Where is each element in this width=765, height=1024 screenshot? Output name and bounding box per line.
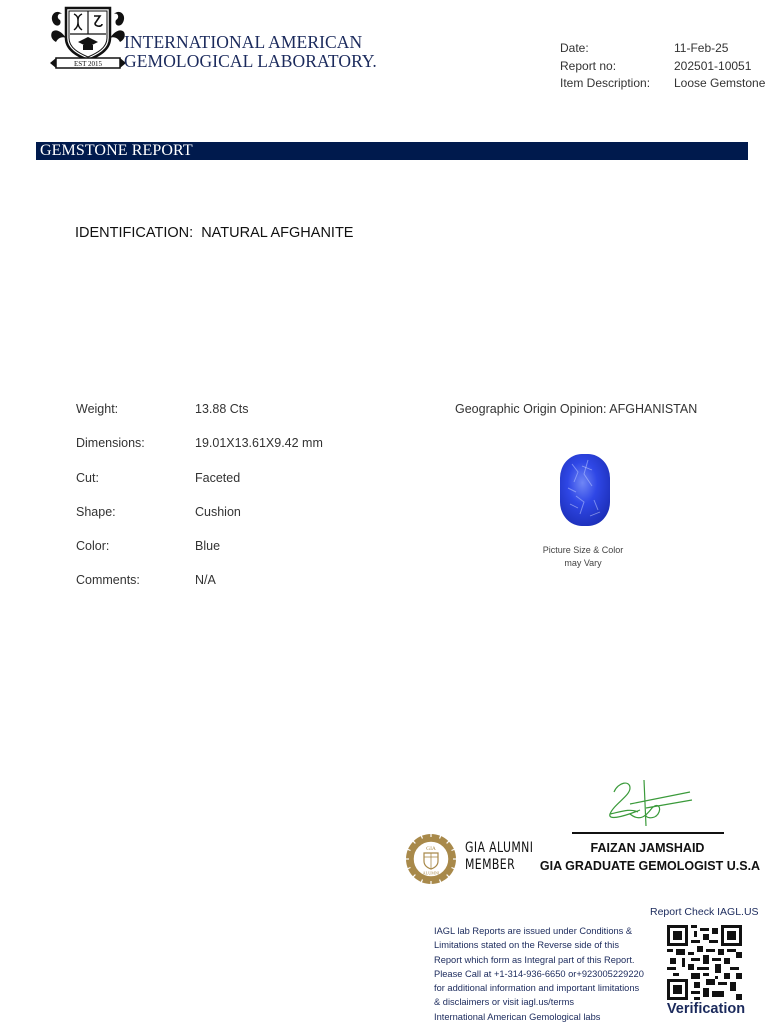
signer-title: GIA GRADUATE GEMOLOGIST U.S.A: [535, 859, 765, 873]
lab-name-line2: GEMOLOGICAL LABORATORY.: [124, 52, 377, 71]
gem-caption: Picture Size & Color may Vary: [528, 544, 638, 569]
property-row-weight: Weight: 13.88 Cts: [76, 402, 323, 436]
property-label: Dimensions:: [76, 436, 195, 470]
signature-icon: [600, 778, 695, 830]
gia-alumni-member: GIA ALUMNI MEMBER: [465, 840, 533, 874]
verification-label: Verification: [660, 1001, 752, 1017]
property-label: Cut:: [76, 471, 195, 505]
svg-text:EST 2015: EST 2015: [74, 60, 103, 68]
report-check-link[interactable]: Report Check IAGL.US: [650, 906, 759, 918]
property-row-shape: Shape: Cushion: [76, 505, 323, 539]
disclaimer-line: Report which form as Integral part of th…: [434, 953, 644, 967]
report-number-value: 202501-10051: [674, 58, 751, 76]
gemstone-photo: [558, 452, 612, 528]
identification: IDENTIFICATION: NATURAL AFGHANITE: [75, 225, 353, 241]
property-row-comments: Comments: N/A: [76, 573, 323, 607]
meta-item-row: Item Description: Loose Gemstone: [560, 75, 765, 93]
gem-caption-line1: Picture Size & Color: [528, 544, 638, 557]
property-value: Blue: [195, 539, 220, 573]
report-meta: Date: 11-Feb-25 Report no: 202501-10051 …: [560, 40, 765, 93]
lab-name: INTERNATIONAL AMERICAN GEMOLOGICAL LABOR…: [124, 33, 377, 71]
lab-name-line1: INTERNATIONAL AMERICAN: [124, 33, 377, 52]
meta-report-row: Report no: 202501-10051: [560, 58, 765, 76]
report-title: GEMSTONE REPORT: [40, 142, 193, 160]
property-value: Faceted: [195, 471, 240, 505]
geographic-origin: Geographic Origin Opinion: AFGHANISTAN: [455, 402, 697, 416]
date-label: Date:: [560, 40, 674, 58]
gem-caption-line2: may Vary: [528, 557, 638, 570]
meta-date-row: Date: 11-Feb-25: [560, 40, 765, 58]
disclaimer-line: International American Gemological labs: [434, 1010, 644, 1024]
property-label: Weight:: [76, 402, 195, 436]
disclaimer-line: Please Call at +1-314-936-6650 or+923005…: [434, 967, 644, 981]
property-row-cut: Cut: Faceted: [76, 471, 323, 505]
property-label: Shape:: [76, 505, 195, 539]
disclaimer-line: IAGL lab Reports are issued under Condit…: [434, 924, 644, 938]
item-description-value: Loose Gemstone: [674, 75, 765, 93]
property-value: 13.88 Cts: [195, 402, 249, 436]
report-banner: GEMSTONE REPORT: [36, 142, 748, 160]
item-description-label: Item Description:: [560, 75, 674, 93]
gia-alumni-line2: MEMBER: [465, 857, 533, 874]
properties-table: Weight: 13.88 Cts Dimensions: 19.01X13.6…: [76, 402, 323, 608]
signer-name: FAIZAN JAMSHAID: [535, 841, 760, 855]
svg-text:ALUMNI: ALUMNI: [423, 871, 440, 876]
qr-code-icon[interactable]: [667, 925, 742, 1000]
gia-alumni-seal-icon: GIA ALUMNI: [404, 832, 458, 886]
property-value: Cushion: [195, 505, 241, 539]
property-row-dimensions: Dimensions: 19.01X13.61X9.42 mm: [76, 436, 323, 470]
property-label: Color:: [76, 539, 195, 573]
disclaimer-line: & disclaimers or visit iagl.us/terms: [434, 995, 644, 1009]
property-value: N/A: [195, 573, 216, 607]
disclaimer-line: Limitations stated on the Reverse side o…: [434, 938, 644, 952]
crest-icon: EST 2015: [48, 2, 128, 74]
gia-alumni-line1: GIA ALUMNI: [465, 840, 533, 857]
property-label: Comments:: [76, 573, 195, 607]
property-value: 19.01X13.61X9.42 mm: [195, 436, 323, 470]
signature-line: [572, 832, 724, 834]
date-value: 11-Feb-25: [674, 40, 728, 58]
report-number-label: Report no:: [560, 58, 674, 76]
property-row-color: Color: Blue: [76, 539, 323, 573]
disclaimer: IAGL lab Reports are issued under Condit…: [434, 924, 644, 1024]
disclaimer-line: for additional information and important…: [434, 981, 644, 995]
svg-text:GIA: GIA: [426, 846, 436, 852]
